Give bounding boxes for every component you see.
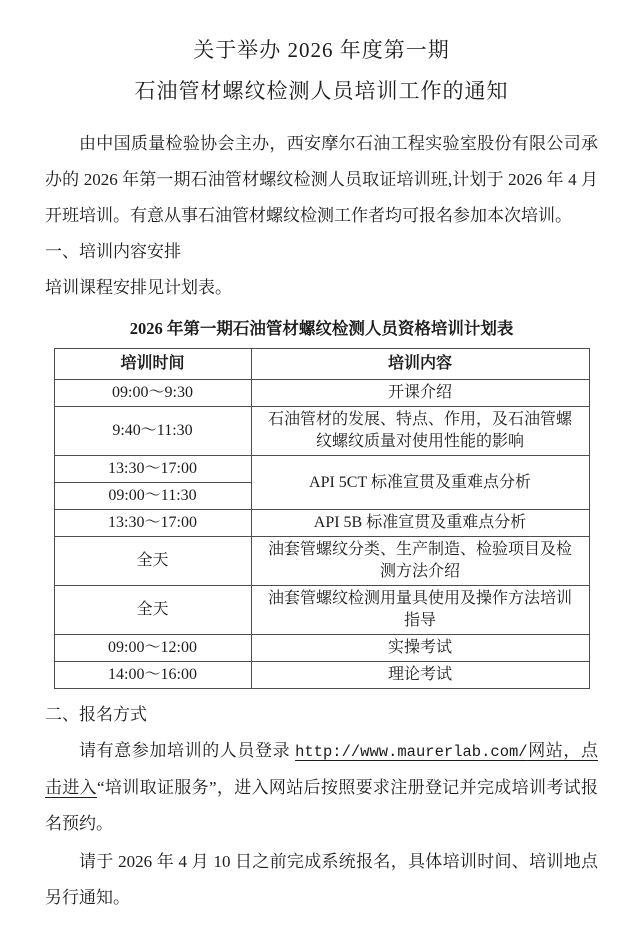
content-cell: 石油管材的发展、特点、作用，及石油管螺纹螺纹质量对使用性能的影响 bbox=[251, 407, 589, 456]
table-row: 全天油套管螺纹检测用量具使用及操作方法培训指导 bbox=[54, 586, 589, 635]
registration-url[interactable]: http://www.maurerlab.com/ bbox=[295, 743, 528, 761]
content-cell: 油套管螺纹检测用量具使用及操作方法培训指导 bbox=[251, 586, 589, 635]
page: 关于举办 2026 年度第一期 石油管材螺纹检测人员培训工作的通知 由中国质量检… bbox=[0, 0, 643, 926]
table-caption: 2026 年第一期石油管材螺纹检测人员资格培训计划表 bbox=[45, 314, 598, 344]
registration-text-prefix: 请有意参加培训的人员登录 bbox=[79, 741, 295, 760]
registration-text-rest: “培训取证服务”，进入网站后按照要求注册登记并完成培训考试报名预约。 bbox=[45, 778, 598, 833]
table-row: 13:30～17:00API 5CT 标准宣贯及重难点分析 bbox=[54, 456, 589, 483]
registration-paragraph: 请有意参加培训的人员登录 http://www.maurerlab.com/网站… bbox=[45, 733, 598, 842]
time-cell: 09:00～9:30 bbox=[54, 380, 251, 407]
notice-document: { "document": { "title_line1": "关于举办 202… bbox=[0, 0, 643, 926]
time-cell: 13:30～17:00 bbox=[54, 510, 251, 537]
time-cell: 09:00～11:30 bbox=[54, 483, 251, 510]
time-cell: 09:00～12:00 bbox=[54, 635, 251, 662]
header-cell-content: 培训内容 bbox=[251, 349, 589, 380]
section-1-intro: 培训课程安排见计划表。 bbox=[45, 270, 598, 306]
content-cell: 实操考试 bbox=[251, 635, 589, 662]
time-cell: 全天 bbox=[54, 586, 251, 635]
table-row: 14:00～16:00理论考试 bbox=[54, 662, 589, 689]
time-cell: 9:40～11:30 bbox=[54, 407, 251, 456]
schedule-table: 培训时间 培训内容 09:00～9:30开课介绍9:40～11:30石油管材的发… bbox=[54, 348, 590, 689]
header-cell-time: 培训时间 bbox=[54, 349, 251, 380]
doc-title-line-1: 关于举办 2026 年度第一期 bbox=[45, 30, 598, 71]
table-row: 9:40～11:30石油管材的发展、特点、作用，及石油管螺纹螺纹质量对使用性能的… bbox=[54, 407, 589, 456]
time-cell: 全天 bbox=[54, 537, 251, 586]
table-row: 全天油套管螺纹分类、生产制造、检验项目及检测方法介绍 bbox=[54, 537, 589, 586]
deadline-paragraph: 请于 2026 年 4 月 10 日之前完成系统报名，具体培训时间、培训地点另行… bbox=[45, 844, 598, 916]
table-row: 09:00～9:30开课介绍 bbox=[54, 380, 589, 407]
content-cell: API 5CT 标准宣贯及重难点分析 bbox=[251, 456, 589, 510]
doc-title-line-2: 石油管材螺纹检测人员培训工作的通知 bbox=[45, 71, 598, 112]
table-row: 09:00～12:00实操考试 bbox=[54, 635, 589, 662]
content-cell: API 5B 标准宣贯及重难点分析 bbox=[251, 510, 589, 537]
section-1-heading: 一、培训内容安排 bbox=[45, 234, 598, 270]
content-cell: 油套管螺纹分类、生产制造、检验项目及检测方法介绍 bbox=[251, 537, 589, 586]
intro-paragraph: 由中国质量检验协会主办，西安摩尔石油工程实验室股份有限公司承办的 2026 年第… bbox=[45, 126, 598, 234]
content-cell: 开课介绍 bbox=[251, 380, 589, 407]
section-2-heading: 二、报名方式 bbox=[45, 697, 598, 733]
schedule-table-body: 09:00～9:30开课介绍9:40～11:30石油管材的发展、特点、作用，及石… bbox=[54, 380, 589, 689]
time-cell: 13:30～17:00 bbox=[54, 456, 251, 483]
time-cell: 14:00～16:00 bbox=[54, 662, 251, 689]
table-header-row: 培训时间 培训内容 bbox=[54, 349, 589, 380]
table-row: 13:30～17:00API 5B 标准宣贯及重难点分析 bbox=[54, 510, 589, 537]
content-cell: 理论考试 bbox=[251, 662, 589, 689]
